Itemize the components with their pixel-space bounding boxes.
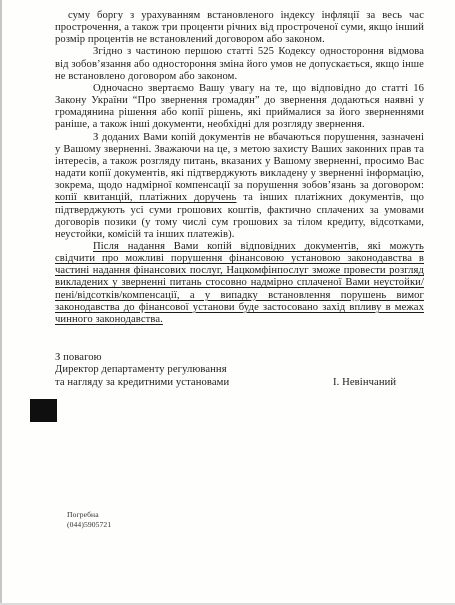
footer-contact: Погребна (044)5905721 — [67, 510, 111, 529]
scanned-letter-page: суму боргу з урахуванням встановленого і… — [0, 0, 455, 605]
paragraph-review-notice: Після надання Вами копій відповідних док… — [55, 241, 424, 326]
signature-row: та нагляду за кредитними установами І. Н… — [55, 377, 424, 389]
redaction-stamp — [30, 399, 57, 422]
footer-contact-phone: (044)5905721 — [67, 520, 111, 530]
paragraph-debt-interest: суму боргу з урахуванням встановленого і… — [55, 10, 424, 46]
paragraph-article-525: Згідно з частиною першою статті 525 Коде… — [55, 46, 424, 82]
paragraph-request-documents: З доданих Вами копій документів не вбача… — [55, 132, 424, 241]
signature-block: З повагою Директор департаменту регулюва… — [55, 352, 424, 389]
paragraph-request-documents-text: З доданих Вами копій документів не вбача… — [55, 132, 424, 192]
footer-contact-name: Погребна — [67, 510, 111, 520]
signature-name: І. Невінчаний — [333, 377, 396, 389]
paragraph-review-notice-underlined: Після надання Вами копій відповідних док… — [55, 241, 424, 325]
paragraph-request-documents-underlined: копії квитанцій, платіжних доручень — [55, 192, 236, 203]
signature-title-line2: та нагляду за кредитними установами — [55, 377, 229, 388]
paragraph-article-16: Одночасно звертаємо Вашу увагу на те, що… — [55, 83, 424, 132]
letter-body: суму боргу з урахуванням встановленого і… — [55, 10, 424, 326]
signature-title-line1: Директор департаменту регулювання — [55, 364, 424, 376]
page-left-edge — [0, 0, 2, 605]
signature-closing: З повагою — [55, 352, 424, 364]
